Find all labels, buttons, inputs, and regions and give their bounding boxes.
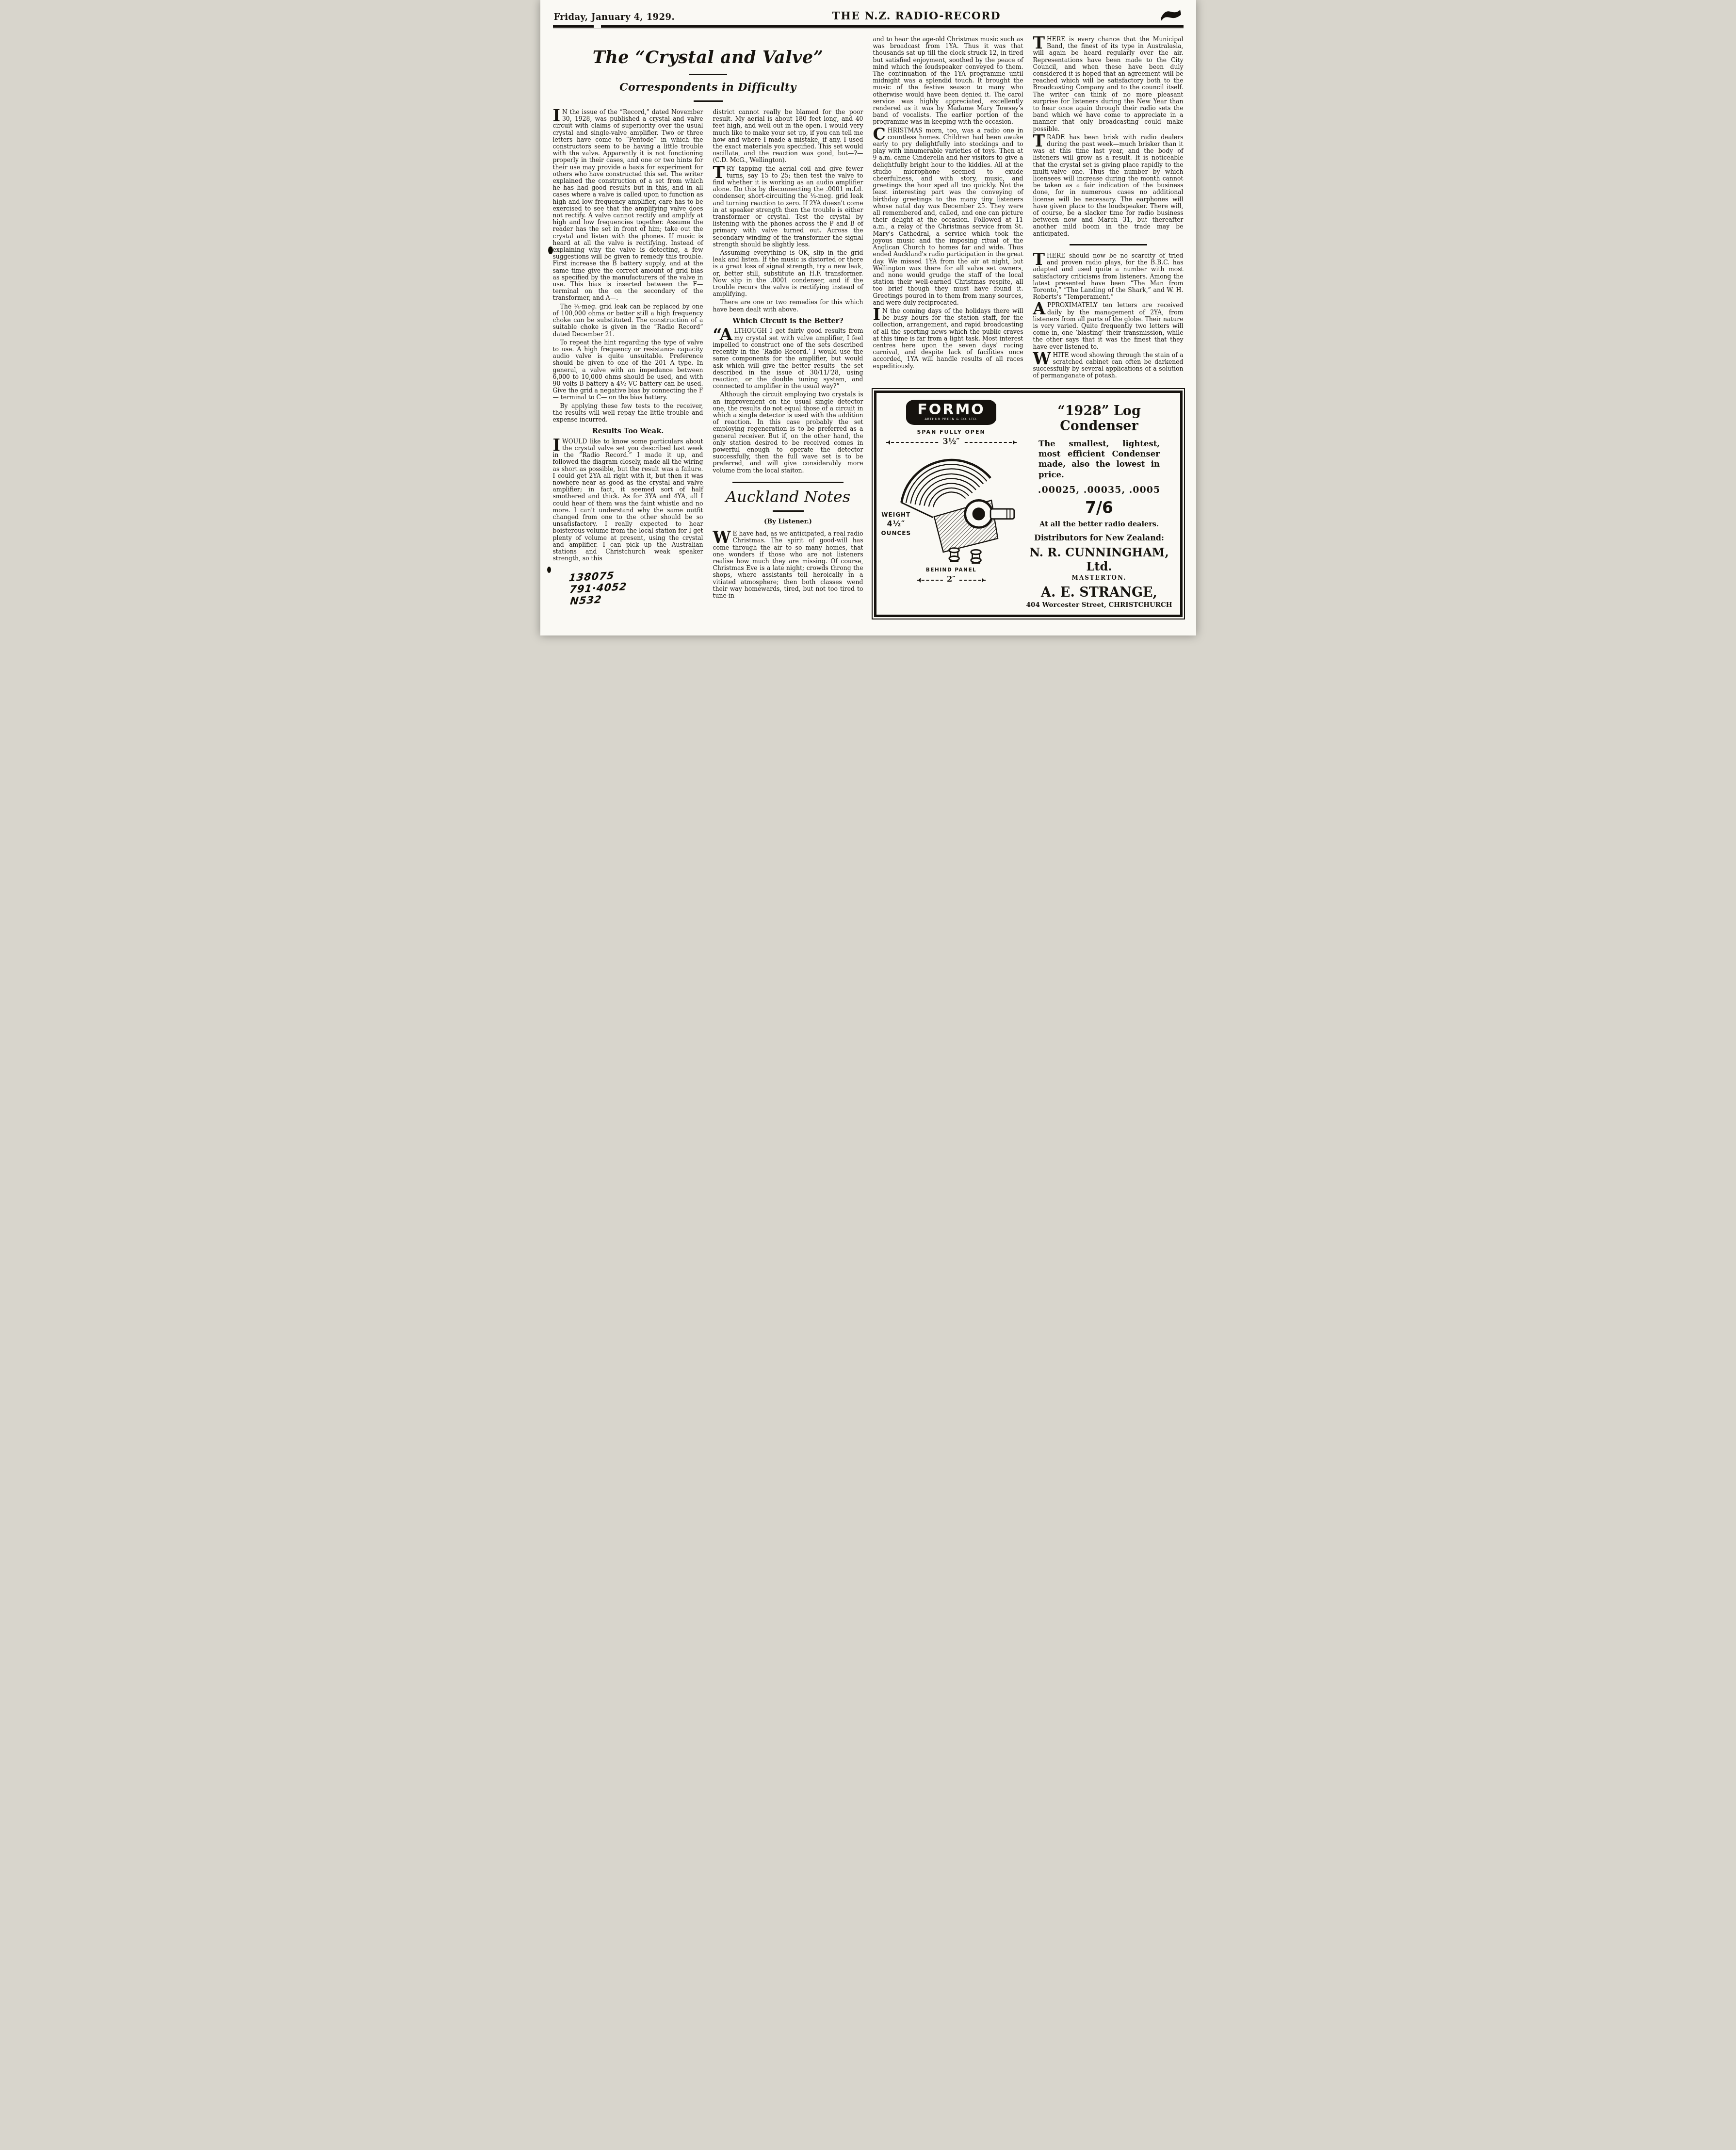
newspaper-page: Friday, January 4, 1929. THE N.Z. RADIO-… bbox=[540, 0, 1196, 635]
paragraph: To repeat the hint regarding the type of… bbox=[553, 339, 703, 401]
auckland-notes-rule bbox=[773, 510, 804, 512]
paragraph: TRADE has been brisk with radio dealers … bbox=[1033, 134, 1184, 237]
headline-rule bbox=[689, 74, 727, 75]
paragraph: Assuming everything is OK, slip in the g… bbox=[713, 249, 863, 297]
behind-panel-value: 2″ bbox=[943, 575, 959, 583]
subtitle-rule bbox=[694, 100, 723, 102]
ad-distributor-2: A. E. STRANGE, bbox=[1025, 585, 1173, 600]
ad-distributor-1-city: MASTERTON. bbox=[1025, 574, 1173, 581]
paragraph: Although the circuit employing two cryst… bbox=[713, 391, 863, 473]
paragraph: CHRISTMAS morn, too, was a radio one in … bbox=[873, 127, 1023, 306]
ad-illustration-panel: FORMO ARTHUR PREEN & CO. LTD. SPAN FULLY… bbox=[883, 399, 1020, 609]
condenser-figure: WEIGHT 4½″ OUNCES bbox=[883, 445, 1020, 567]
left-section: The “Crystal and Valve” Correspondents i… bbox=[553, 36, 863, 619]
paragraph: IN the issue of the “Record,” dated Nove… bbox=[553, 109, 703, 302]
paragraph: APPROXIMATELY ten letters are received d… bbox=[1033, 302, 1184, 350]
paragraph: There are one or two remedies for this w… bbox=[713, 299, 863, 312]
ad-price: 7/6 bbox=[1025, 498, 1173, 517]
ad-title: “1928” Log Condenser bbox=[1025, 404, 1173, 434]
column-divider-rule bbox=[1070, 244, 1147, 245]
subhead-which-circuit: Which Circuit is the Better? bbox=[713, 317, 863, 326]
auckland-notes-title: Auckland Notes bbox=[713, 488, 863, 506]
paragraph: WE have had, as we anticipated, a real r… bbox=[713, 530, 863, 599]
column-3: and to hear the age-old Christmas music … bbox=[873, 36, 1023, 381]
span-value: 3½″ bbox=[939, 438, 964, 445]
paragraph: IN the coming days of the holidays there… bbox=[873, 308, 1023, 370]
subhead-results-too-weak: Results Too Weak. bbox=[553, 427, 703, 436]
ad-distributor-1: N. R. CUNNINGHAM, Ltd. bbox=[1025, 545, 1173, 573]
ad-capacities: .00025, .00035, .0005 bbox=[1025, 485, 1173, 495]
handwritten-accession-marks: 138075 791·4052 N532 bbox=[568, 565, 704, 607]
header-rule-thin bbox=[553, 29, 1184, 29]
ad-distributor-label: Distributors for New Zealand: bbox=[1025, 533, 1173, 542]
paragraph: “ALTHOUGH I get fairly good results from… bbox=[713, 327, 863, 390]
paragraph: THERE is every chance that the Municipal… bbox=[1033, 36, 1184, 132]
ad-distributor-2-address: 404 Worcester Street, CHRISTCHURCH bbox=[1025, 601, 1173, 609]
paragraph: By applying these few tests to the recei… bbox=[553, 403, 703, 423]
ink-blot bbox=[548, 246, 553, 254]
article-headline: The “Crystal and Valve” Correspondents i… bbox=[553, 36, 863, 109]
weight-value: 4½″ bbox=[881, 519, 911, 529]
printers-ornament-icon bbox=[1158, 8, 1182, 22]
span-label: SPAN FULLY OPEN bbox=[883, 429, 1020, 435]
article-title: The “Crystal and Valve” bbox=[556, 48, 860, 67]
issue-date: Friday, January 4, 1929. bbox=[554, 12, 675, 22]
page-body: The “Crystal and Valve” Correspondents i… bbox=[553, 36, 1184, 619]
paragraph: The ¼-meg. grid leak can be replaced by … bbox=[553, 303, 703, 338]
formo-logo-text: FORMO bbox=[917, 403, 985, 417]
weight-annotation: WEIGHT 4½″ OUNCES bbox=[881, 511, 911, 537]
paragraph: TRY tapping the aerial coil and give few… bbox=[713, 165, 863, 248]
section-divider-rule bbox=[732, 482, 844, 483]
paragraph: district cannot really be blamed for the… bbox=[713, 109, 863, 164]
article-subtitle: Correspondents in Difficulty bbox=[556, 81, 860, 94]
page-header: Friday, January 4, 1929. THE N.Z. RADIO-… bbox=[553, 5, 1184, 25]
column-1: IN the issue of the “Record,” dated Nove… bbox=[553, 109, 703, 604]
ad-description: The smallest, lightest, most efficient C… bbox=[1038, 439, 1160, 480]
column-4: THERE is every chance that the Municipal… bbox=[1033, 36, 1184, 381]
weight-unit: OUNCES bbox=[881, 529, 911, 537]
masthead-title: THE N.Z. RADIO-RECORD bbox=[832, 10, 1001, 22]
byline: (By Listener.) bbox=[713, 519, 863, 526]
paragraph: and to hear the age-old Christmas music … bbox=[873, 36, 1023, 126]
ad-copy-panel: “1928” Log Condenser The smallest, light… bbox=[1025, 399, 1173, 609]
formo-logo-subtext: ARTHUR PREEN & CO. LTD. bbox=[917, 417, 985, 421]
span-dimension-line: 3½″ bbox=[886, 442, 1017, 443]
ink-blot bbox=[547, 567, 551, 573]
weight-label: WEIGHT bbox=[881, 511, 911, 519]
formo-advertisement: FORMO ARTHUR PREEN & CO. LTD. SPAN FULLY… bbox=[874, 391, 1183, 618]
formo-logo: FORMO ARTHUR PREEN & CO. LTD. bbox=[906, 400, 996, 425]
right-section: and to hear the age-old Christmas music … bbox=[873, 36, 1184, 619]
behind-panel-annotation: BEHIND PANEL 2″ bbox=[914, 567, 989, 581]
paragraph: THERE should now be no scarcity of tried… bbox=[1033, 252, 1184, 300]
behind-panel-dimension-line: 2″ bbox=[917, 580, 986, 581]
paragraph: WHITE wood showing through the stain of … bbox=[1033, 352, 1184, 379]
header-rule bbox=[553, 25, 1184, 28]
behind-panel-label: BEHIND PANEL bbox=[914, 567, 989, 573]
condenser-illustration bbox=[883, 445, 1020, 565]
paragraph: I WOULD like to know some particulars ab… bbox=[553, 438, 703, 562]
column-2: district cannot really be blamed for the… bbox=[713, 109, 863, 604]
ad-dealers-line: At all the better radio dealers. bbox=[1025, 520, 1173, 528]
